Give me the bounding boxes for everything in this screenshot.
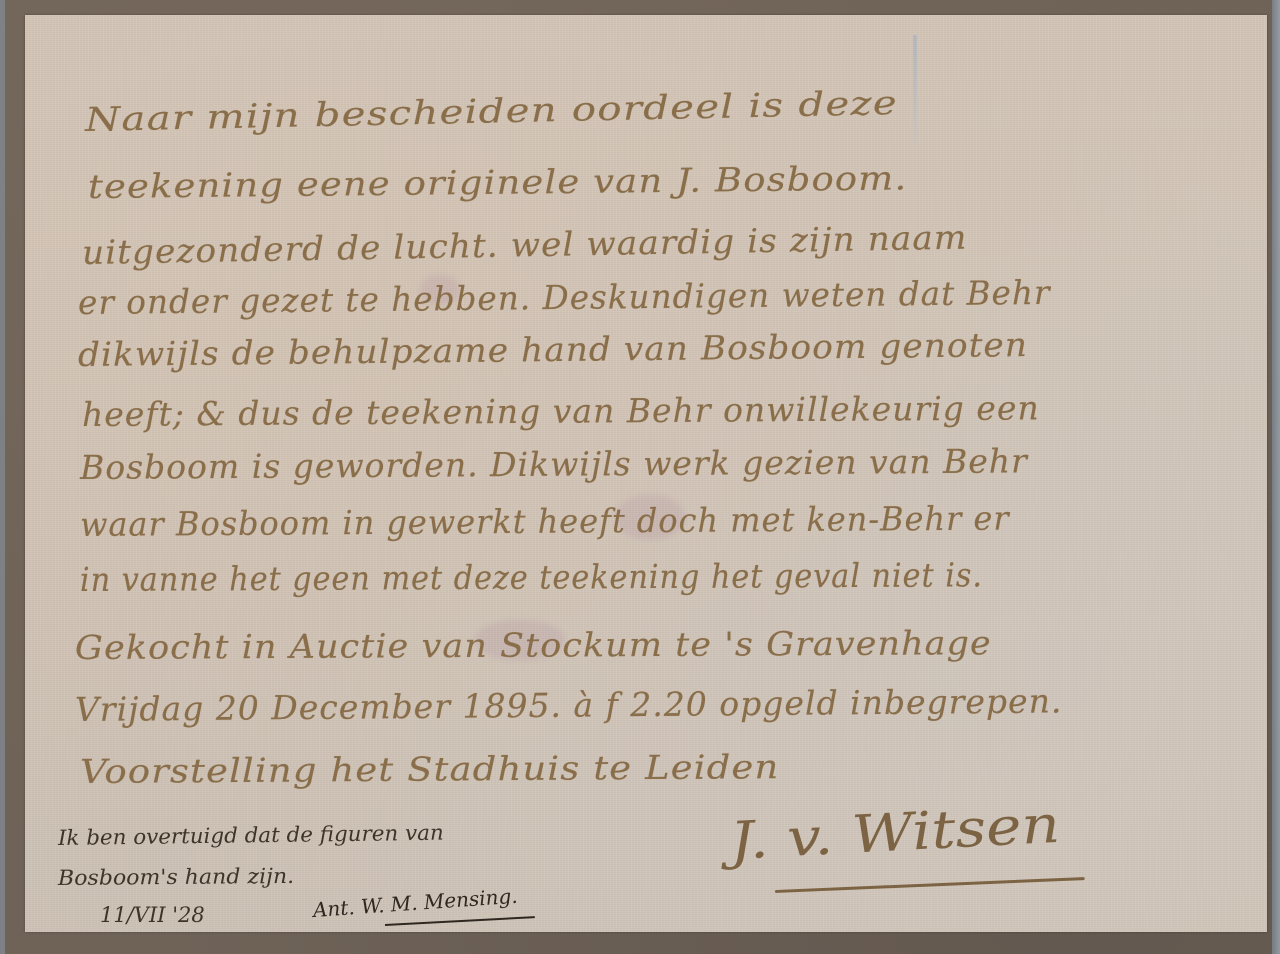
board-edge-right xyxy=(1272,0,1280,954)
board-edge-left xyxy=(0,0,5,954)
text-line-7: Bosboom is geworden. Dikwijls werk gezie… xyxy=(80,441,1028,487)
annotation-line-2: Bosboom's hand zijn. xyxy=(58,864,294,890)
annotation-date: 11/VII '28 xyxy=(100,903,205,927)
text-line-12: Voorstelling het Stadhuis te Leiden xyxy=(80,747,780,791)
paper-crease xyxy=(913,35,917,145)
text-line-10: Gekocht in Auctie van Stockum te 's Grav… xyxy=(75,623,992,667)
text-line-9: in vanne het geen met deze teekening het… xyxy=(80,555,983,599)
text-line-6: heeft; & dus de teekening van Behr onwil… xyxy=(82,388,1040,434)
text-line-8: waar Bosboom in gewerkt heeft doch met k… xyxy=(80,499,1010,544)
